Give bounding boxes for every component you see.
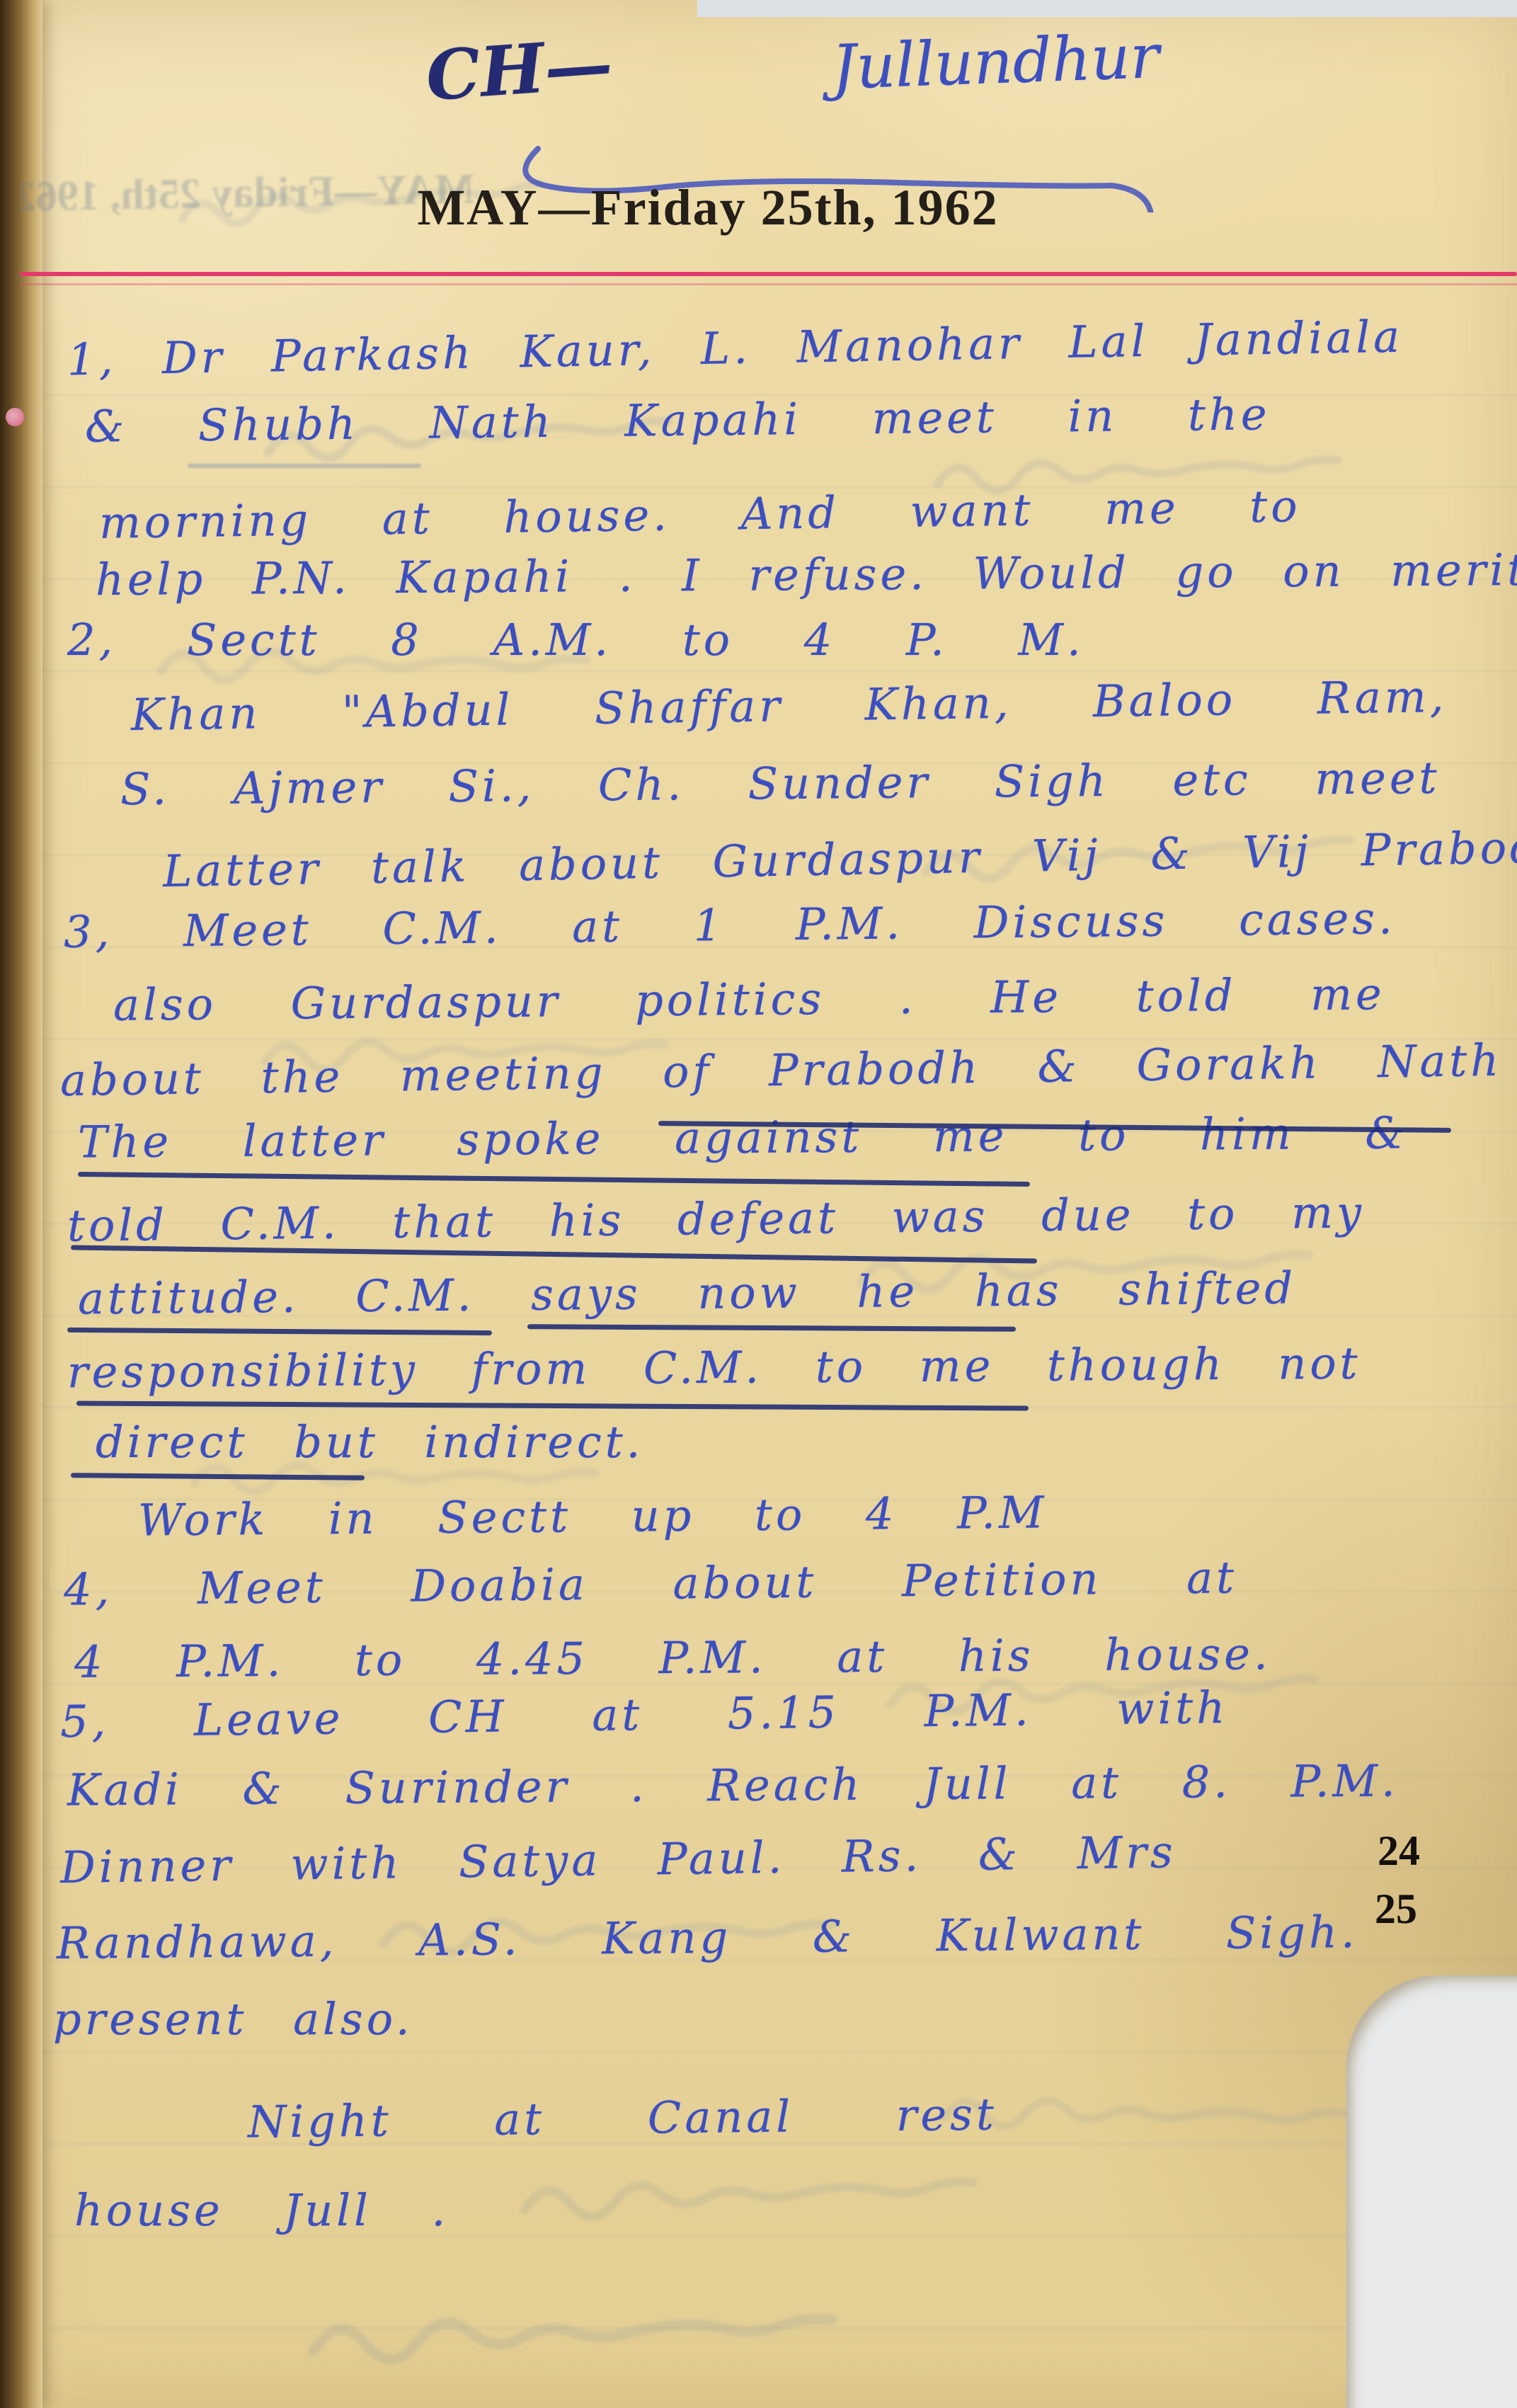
diary-line: 4 P.M. to 4.45 P.M. at his house. — [74, 1628, 1271, 1688]
diary-line: direct but indirect. — [96, 1416, 643, 1468]
diary-line: 2, Sectt 8 A.M. to 4 P. M. — [67, 614, 1084, 666]
diary-line: responsibility from C.M. to me though no… — [67, 1337, 1361, 1398]
scanned-diary-page: MAY—Friday 25th, 1962 CH— Jullundhur MAY… — [0, 0, 1517, 2408]
diary-line: The latter spoke against me to him & — [78, 1107, 1408, 1168]
pink-rule — [20, 272, 1517, 276]
diary-line: Kadi & Surinder . Reach Jull at 8. P.M. — [67, 1754, 1399, 1815]
page-number-24: 24 — [1378, 1827, 1420, 1876]
torn-corner — [1346, 1975, 1517, 2408]
diary-line: Night at Canal rest — [248, 2088, 998, 2147]
scan-background-top-edge — [697, 0, 1517, 17]
printed-date-header: MAY—Friday 25th, 1962 — [396, 178, 1019, 237]
pink-rule-faint — [20, 283, 1517, 285]
book-spine-binding — [0, 0, 42, 2408]
binding-mark — [6, 408, 24, 426]
diary-line: help P.N. Kapahi . I refuse. Would go on… — [96, 544, 1517, 605]
handwritten-location: Jullundhur — [830, 21, 1160, 103]
pencil-underline — [188, 464, 421, 468]
diary-line: house Jull . — [74, 2184, 449, 2236]
diary-line: Work in Sectt up to 4 P.M — [138, 1486, 1048, 1546]
diary-line: attitude. C.M. says now he has shifted — [78, 1262, 1297, 1324]
diary-line: present also. — [53, 1993, 413, 2045]
page-number-25: 25 — [1375, 1885, 1417, 1934]
